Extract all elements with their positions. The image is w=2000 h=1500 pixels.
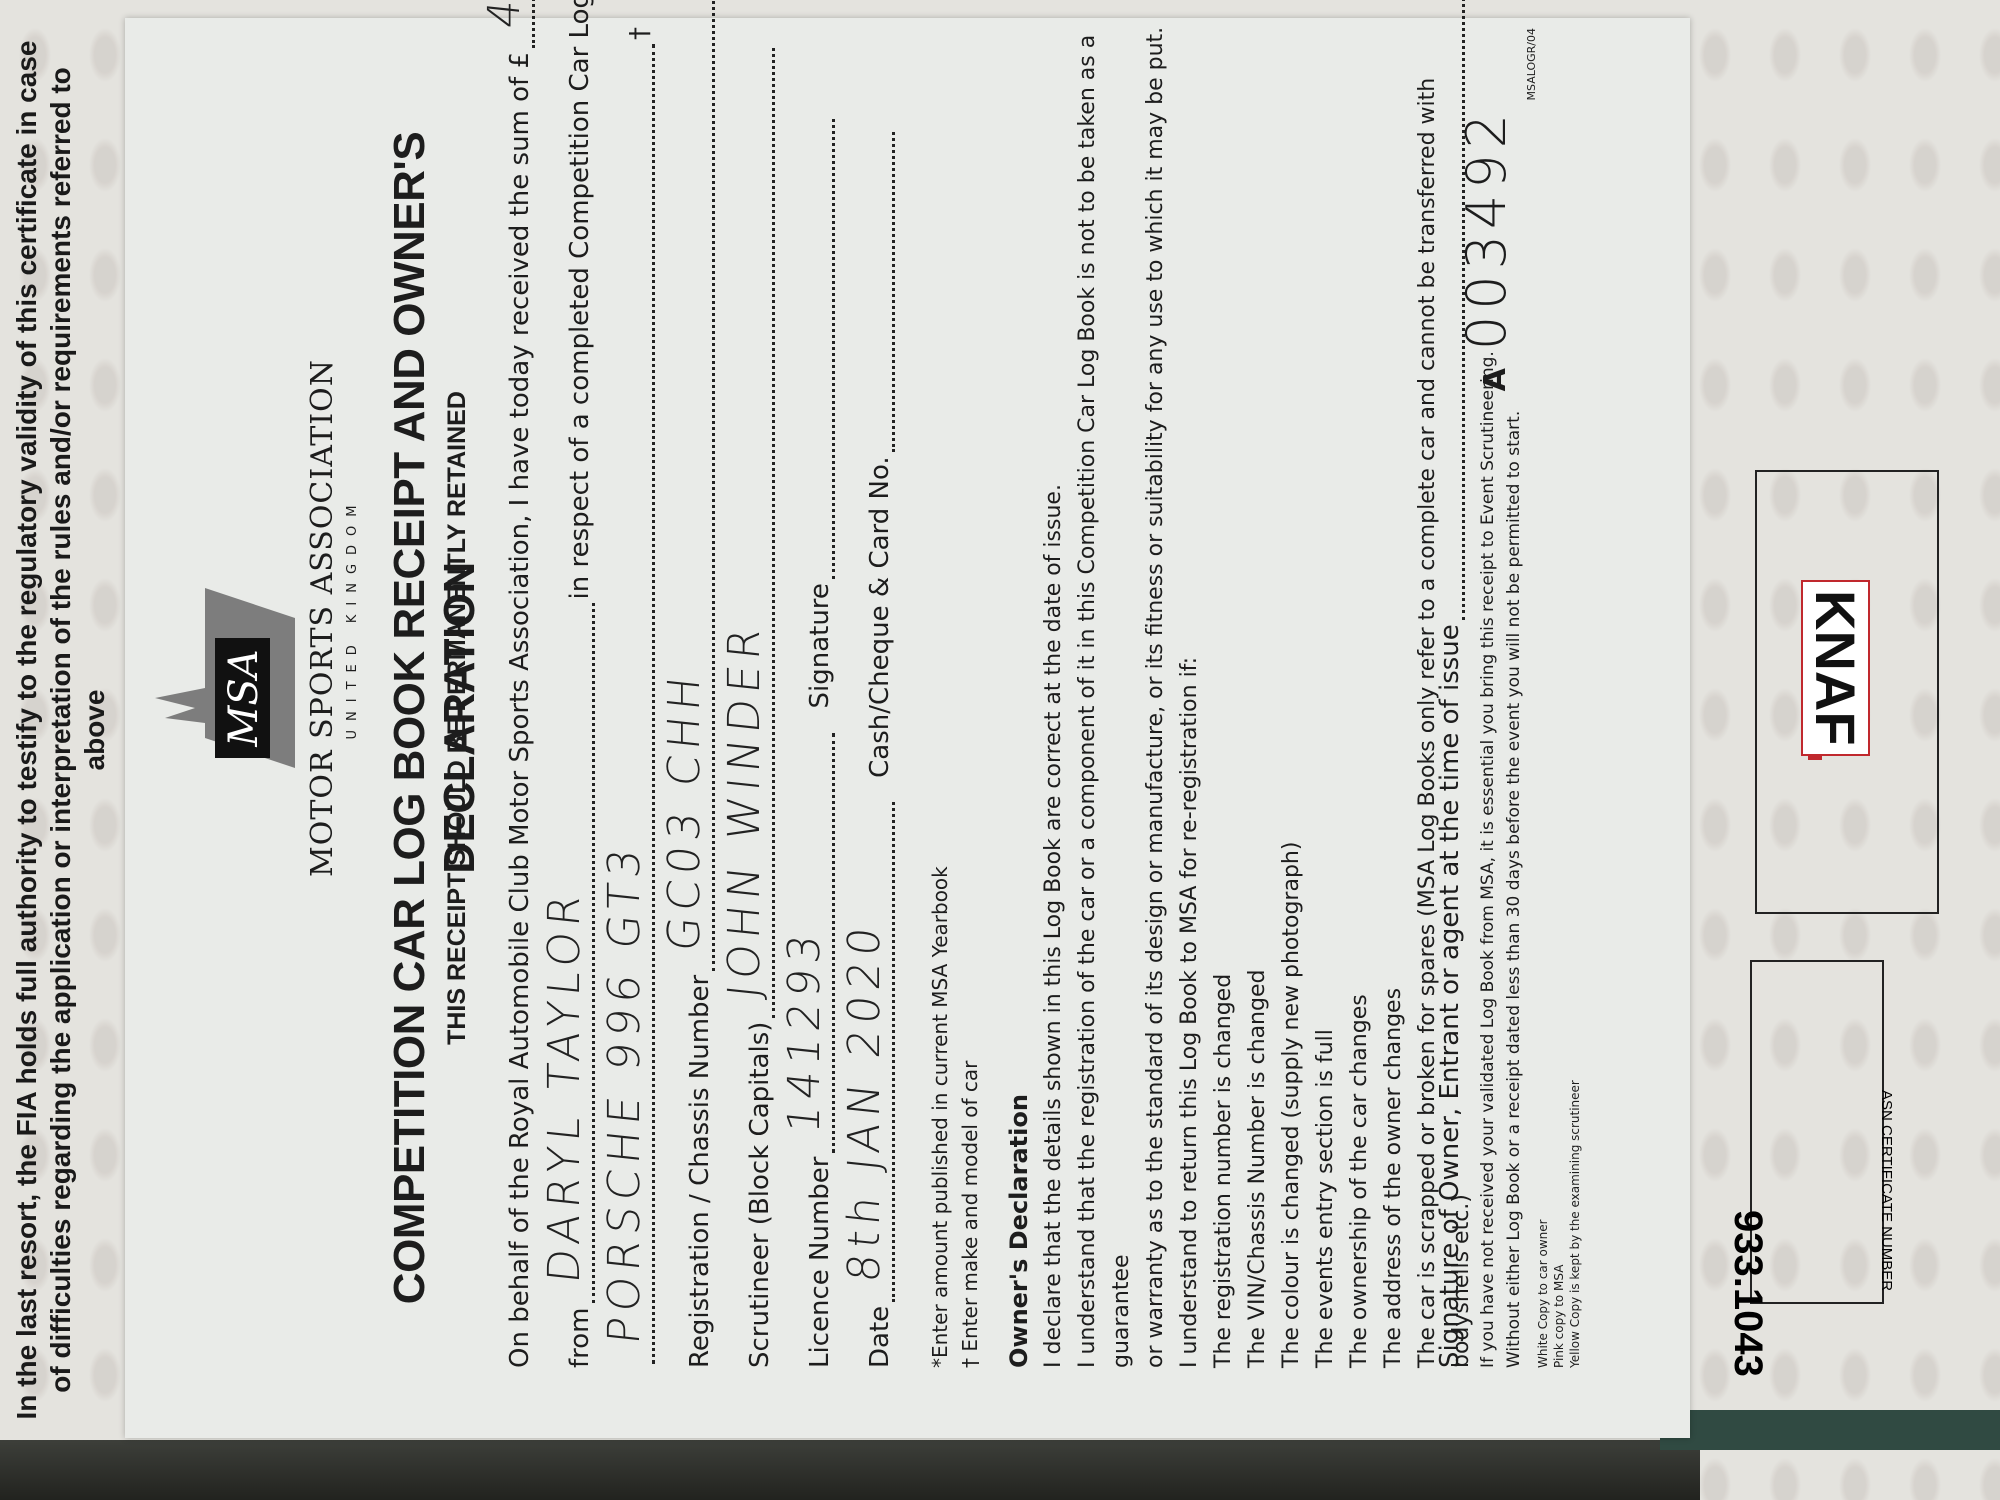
- advice-text: If you have not received your validated …: [1475, 351, 1527, 1368]
- footnotes: *Enter amount published in current MSA Y…: [925, 866, 985, 1368]
- from-name-field[interactable]: DARYL TAYLOR: [569, 603, 595, 1303]
- knaf-logo: KNAF: [1801, 580, 1870, 756]
- registration-line: Registration / Chassis Number GC03 CHH: [685, 0, 715, 1368]
- car-make-model-field[interactable]: PORSCHE 996 GT3: [629, 44, 655, 1364]
- scrutineer-field[interactable]: JOHN WINDER: [749, 48, 775, 1018]
- msa-logo-icon: MSA: [145, 578, 295, 798]
- receipt-sheet: MSA MOTOR SPORTS ASSOCIATION UNITED KING…: [125, 18, 1690, 1438]
- form-code: MSALOGR/04: [1525, 28, 1538, 100]
- asn-certificate-label: ASN CERTIFICATE NUMBER: [1878, 1090, 1895, 1291]
- asn-certificate-box: [1750, 960, 1884, 1304]
- scrutineer-signature-field[interactable]: [809, 119, 835, 579]
- payment-field[interactable]: [869, 132, 895, 452]
- declaration-body: I declare that the details shown in this…: [1037, 8, 1479, 1368]
- amount-field[interactable]: 45 =: [509, 0, 535, 48]
- date-field[interactable]: 8th JAN 2020: [869, 802, 895, 1302]
- from-line: from DARYL TAYLOR in respect of a comple…: [565, 0, 595, 1368]
- amount-line: On behalf of the Royal Automobile Club M…: [505, 0, 535, 1368]
- msa-country: UNITED KINGDOM: [345, 318, 360, 918]
- serial-number: A003492: [1455, 108, 1518, 391]
- receipt-document: MSA MOTOR SPORTS ASSOCIATION UNITED KING…: [125, 18, 1690, 1438]
- car-line: PORSCHE 996 GT3 †: [625, 27, 655, 1368]
- form-subtitle: THIS RECEIPT SHOULD BE PERMANENTLY RETAI…: [443, 0, 472, 1438]
- fia-authority-note: In the last resort, the FIA holds full a…: [10, 30, 112, 1430]
- date-line: Date 8th JAN 2020 Cash/Cheque & Card No.: [865, 128, 895, 1368]
- registration-field[interactable]: GC03 CHH: [689, 0, 715, 971]
- copy-distribution: White Copy to car owner Pink copy to MSA…: [1535, 1080, 1583, 1368]
- scrutineer-line: Scrutineer (Block Capitals) JOHN WINDER: [745, 44, 775, 1368]
- licence-field[interactable]: 141293: [809, 733, 835, 1153]
- asn-certificate-number: 933.1043: [1725, 1210, 1770, 1377]
- binder-edge: [1660, 1410, 2000, 1450]
- svg-text:MSA: MSA: [221, 649, 267, 747]
- declaration-heading: Owner's Declaration: [1005, 1094, 1033, 1368]
- msa-header: MSA MOTOR SPORTS ASSOCIATION UNITED KING…: [145, 318, 405, 918]
- binder-rail: [0, 1440, 1700, 1500]
- msa-organisation-name: MOTOR SPORTS ASSOCIATION: [305, 318, 340, 918]
- licence-line: Licence Number 141293 Signature: [805, 115, 835, 1368]
